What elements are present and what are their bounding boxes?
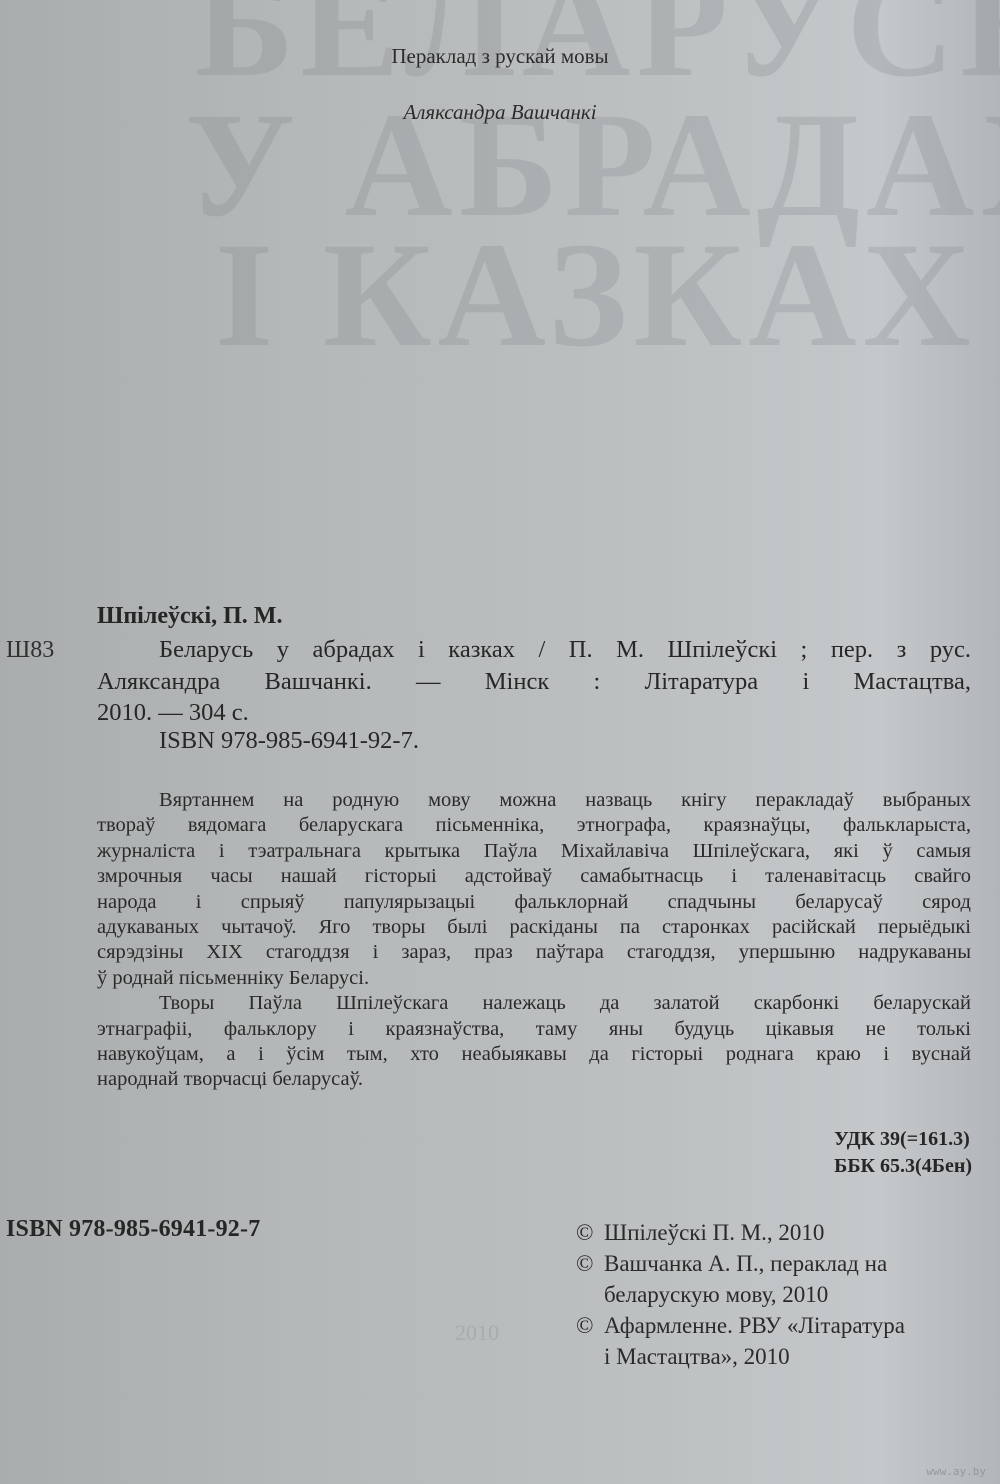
copyright-continuation: беларускую мову, 2010	[576, 1279, 905, 1310]
annotation-line: адукаваных чытачоў. Яго творы былі раскі…	[97, 915, 971, 940]
site-watermark: www.ay.by	[926, 1465, 986, 1478]
description-line: Беларусь у абрадах і казках / П. М. Шпіл…	[97, 634, 971, 666]
annotation-line: навукоўцам, а і ўсім тым, хто неабыякавы…	[97, 1042, 971, 1067]
bibliographic-description: Беларусь у абрадах і казках / П. М. Шпіл…	[97, 634, 971, 729]
copyright-text: Шпілеўскі П. М., 2010	[604, 1220, 824, 1245]
translated-from-note: Пераклад з рускай мовы	[0, 44, 1000, 69]
copyright-item: ©Вашчанка А. П., пераклад на	[576, 1248, 905, 1279]
translator-name: Аляксандра Вашчанкі	[0, 100, 1000, 125]
call-code: Ш83	[6, 637, 54, 664]
copyright-icon: ©	[576, 1217, 604, 1248]
annotation-line: ў роднай пісьменніку Беларусі.	[97, 966, 971, 991]
description-line: Аляксандра Вашчанкі. — Мінск : Літаратур…	[97, 666, 971, 698]
annotation-line: народа і спрыяў папулярызацыі фальклорна…	[97, 890, 971, 915]
udk-code: УДК 39(=161.3)	[834, 1126, 972, 1153]
book-page: БЕЛАРУСЬ У АБРАДАХ І КАЗКАХ 2010 Перакла…	[0, 0, 1000, 1484]
annotation-line: сярэдзіны XIX стагоддзя і зараз, праз па…	[97, 940, 971, 965]
annotation-line: Вяртаннем на родную мову можна назваць к…	[97, 788, 971, 813]
annotation-line: Творы Паўла Шпілеўскага належаць да зала…	[97, 991, 971, 1016]
copyright-item: ©Шпілеўскі П. М., 2010	[576, 1217, 905, 1248]
copyright-continuation: і Мастацтва», 2010	[576, 1341, 905, 1372]
show-through-year: 2010	[455, 1320, 499, 1346]
annotation-line: этнаграфіі, фальклору і краязнаўства, та…	[97, 1017, 971, 1042]
annotation-line: журналіста і тэатральнага крытыка Паўла …	[97, 839, 971, 864]
annotation-line: змрочныя часы нашай гісторыі адстойваў с…	[97, 864, 971, 889]
copyright-text: Вашчанка А. П., пераклад на	[604, 1251, 887, 1276]
footer-isbn: ISBN 978-985-6941-92-7	[6, 1216, 260, 1243]
description-line: 2010. — 304 с.	[97, 697, 971, 729]
annotation: Вяртаннем на родную мову можна назваць к…	[97, 788, 971, 1093]
copyright-text: Афармленне. РВУ «Літаратура	[604, 1313, 905, 1338]
author-heading: Шпілеўскі, П. М.	[97, 603, 282, 630]
copyright-block: ©Шпілеўскі П. М., 2010 ©Вашчанка А. П., …	[576, 1217, 905, 1372]
copyright-icon: ©	[576, 1248, 604, 1279]
bbk-code: ББК 65.3(4Бен)	[834, 1153, 972, 1180]
copyright-icon: ©	[576, 1310, 604, 1341]
classification-codes: УДК 39(=161.3) ББК 65.3(4Бен)	[834, 1126, 972, 1180]
copyright-item: ©Афармленне. РВУ «Літаратура	[576, 1310, 905, 1341]
annotation-line: твораў вядомага беларускага пісьменніка,…	[97, 813, 971, 838]
record-isbn: ISBN 978-985-6941-92-7.	[159, 727, 419, 755]
annotation-line: народнай творчасці беларусаў.	[97, 1067, 971, 1092]
show-through-line: І КАЗКАХ	[215, 220, 977, 370]
